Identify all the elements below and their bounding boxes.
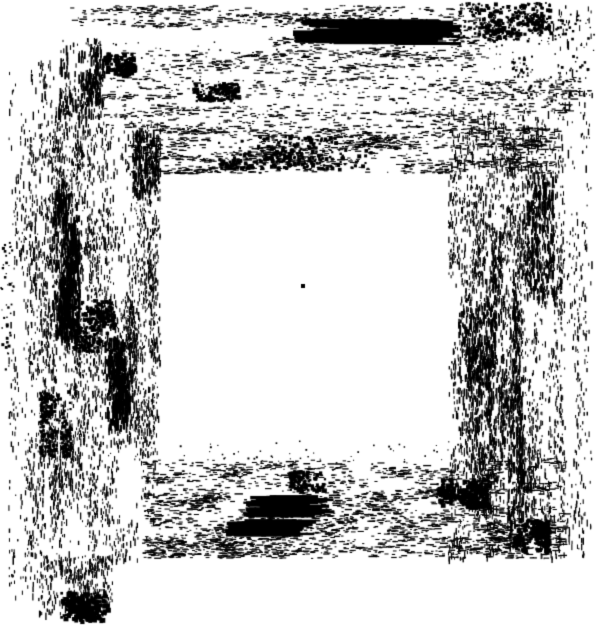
grunge-frame-artwork	[0, 0, 600, 625]
grunge-frame-canvas	[0, 0, 600, 625]
